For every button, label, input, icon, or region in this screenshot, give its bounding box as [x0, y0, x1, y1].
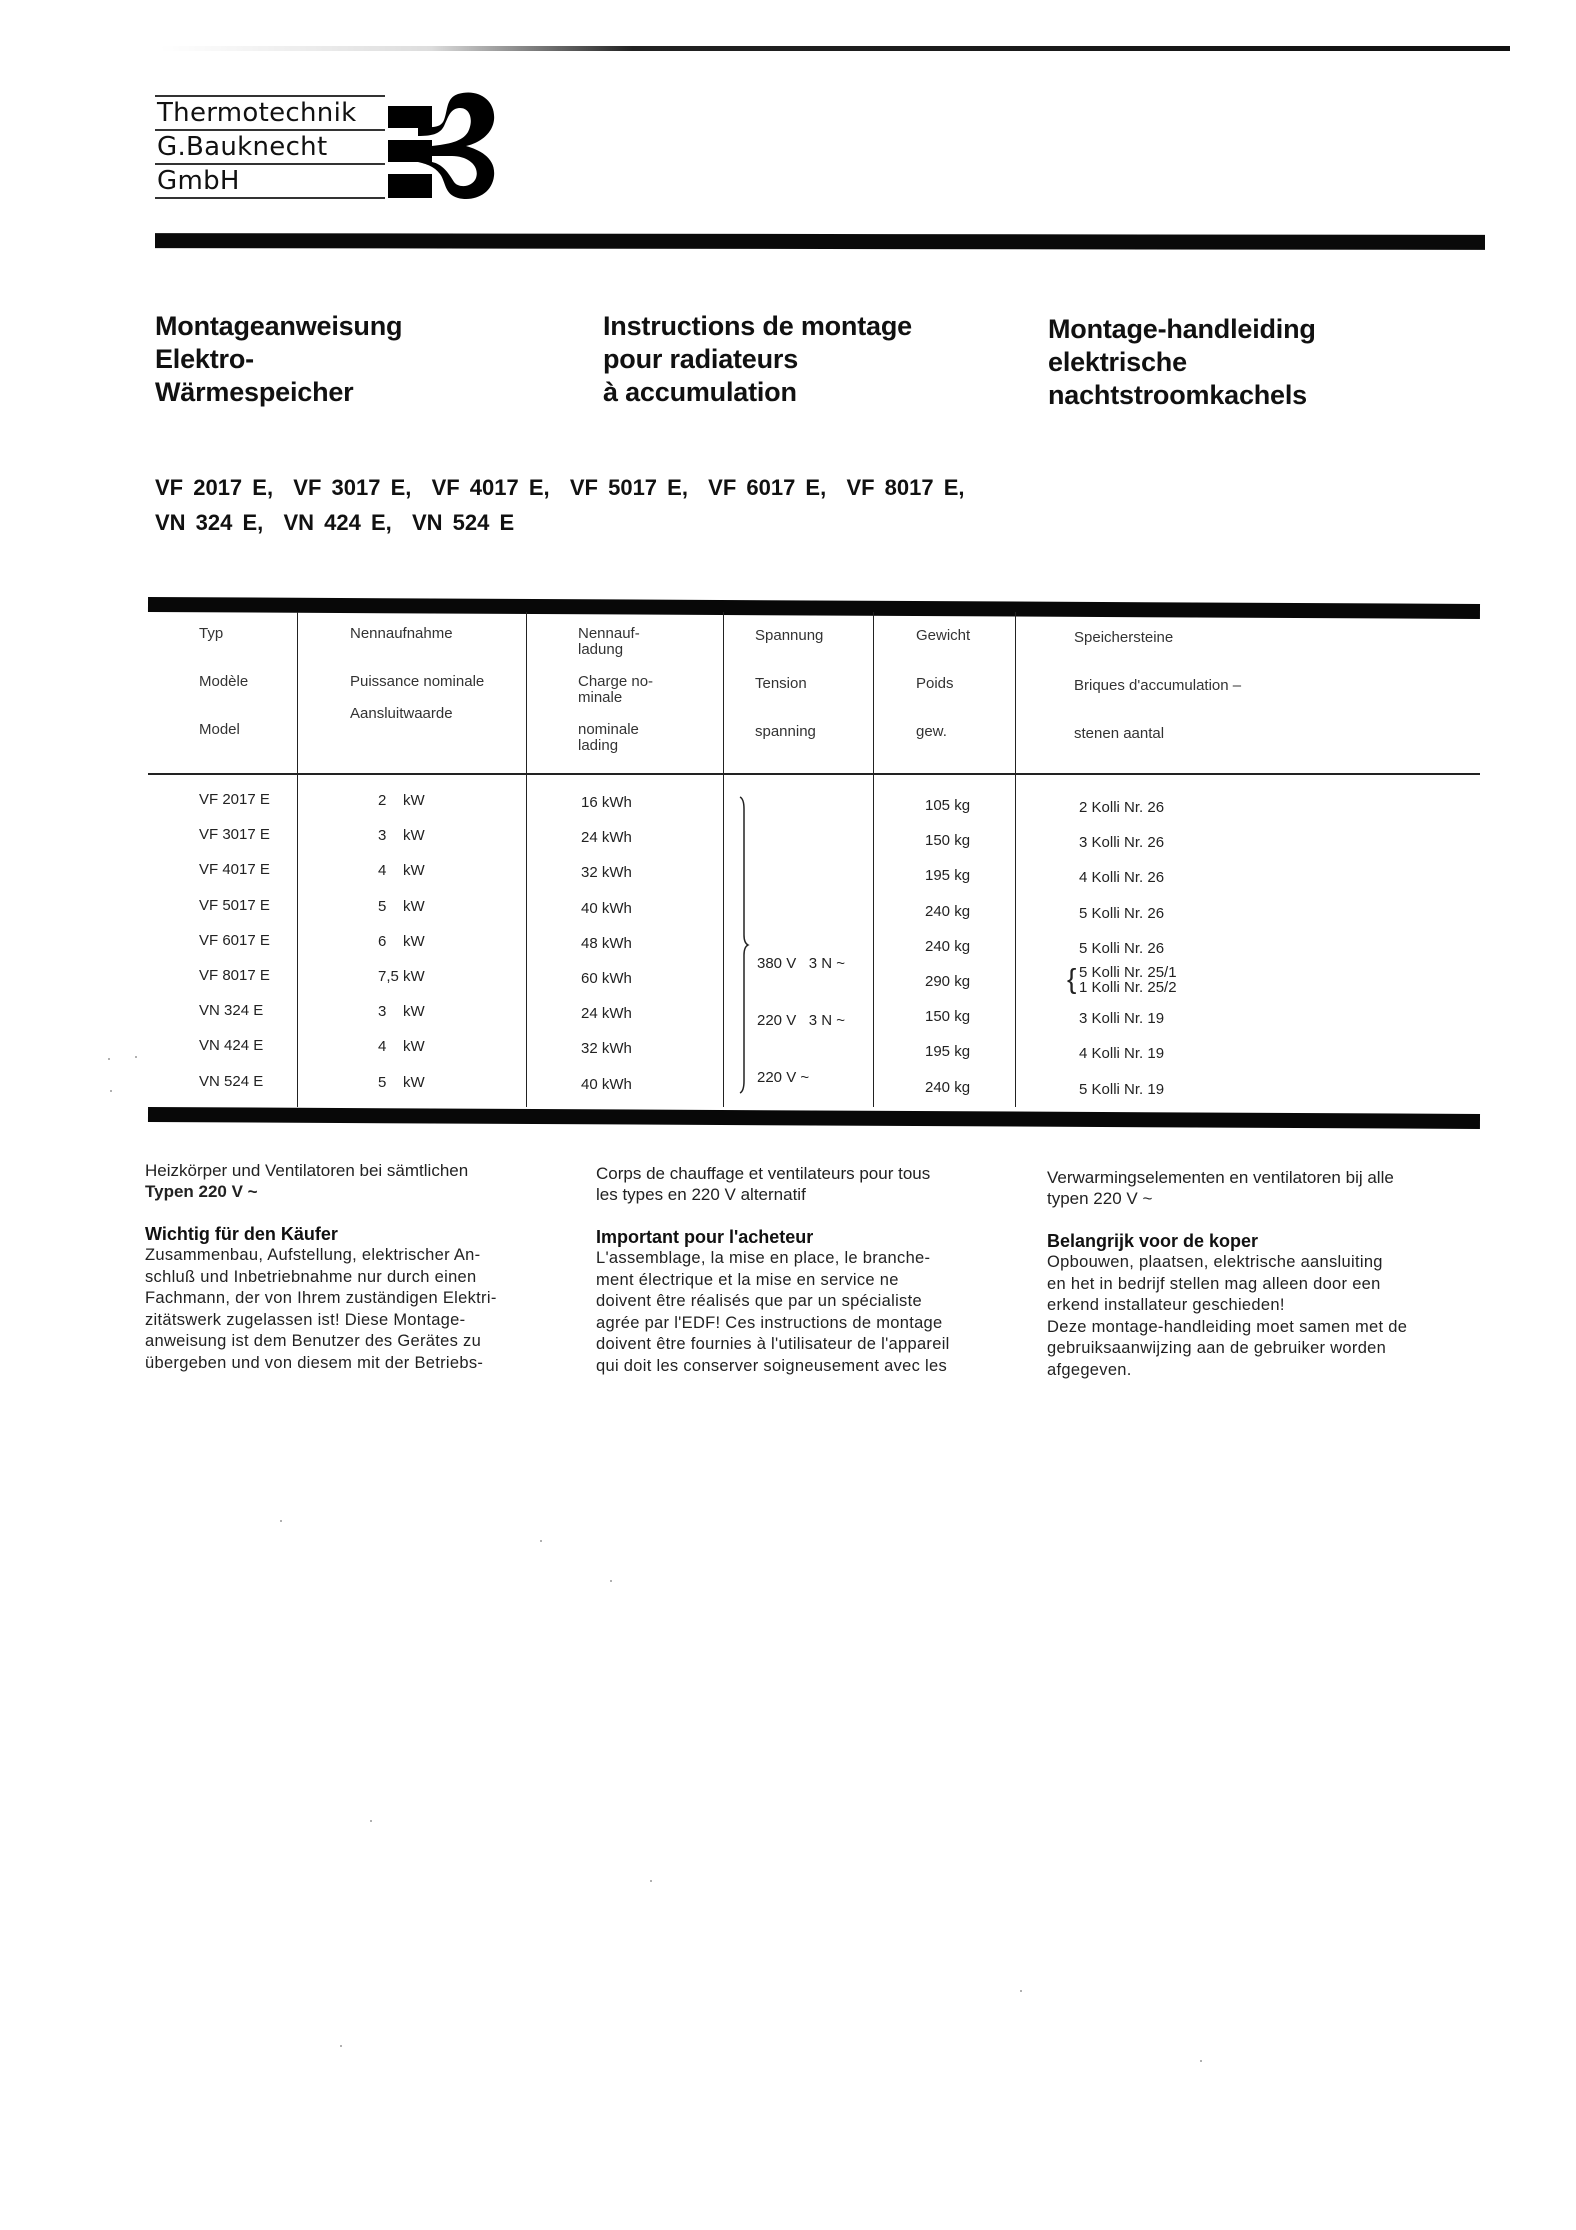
- company-logo-text: Thermotechnik G.Bauknecht GmbH: [155, 95, 385, 199]
- header-label: Modèle: [199, 674, 248, 690]
- note-line: les types en 220 V alternatif: [596, 1184, 1026, 1205]
- cell-type: VF 5017 E: [199, 897, 270, 915]
- header-label: Poids: [916, 676, 970, 692]
- section-body: Opbouwen, plaatsen, elektrische aansluit…: [1047, 1252, 1497, 1381]
- cell-power: 7,5 kW: [378, 968, 425, 986]
- cell-bricks: 3 Kolli Nr. 26: [1079, 834, 1164, 852]
- cell-type: VF 3017 E: [199, 826, 270, 844]
- cell-bricks: 5 Kolli Nr. 19: [1079, 1081, 1164, 1099]
- header-weight: Gewicht Poids gew.: [916, 628, 970, 740]
- body-line: doivent être fournies à l'utilisateur de…: [596, 1334, 1026, 1356]
- cell-bricks: 4 Kolli Nr. 26: [1079, 869, 1164, 887]
- cell-charge: 32 kWh: [581, 1040, 632, 1058]
- section-heading: Wichtig für den Käufer: [145, 1223, 565, 1245]
- note-line: Typen 220 V ~: [145, 1181, 565, 1202]
- cell-weight: 150 kg: [925, 832, 970, 850]
- header-label: Nennaufnahme: [350, 626, 500, 642]
- cell-weight: 105 kg: [925, 797, 970, 815]
- title-german: Montageanweisung Elektro- Wärmespeicher: [155, 310, 402, 409]
- notes-dutch: Verwarmingselementen en ventilatoren bij…: [1047, 1167, 1497, 1381]
- scan-speck: [340, 2045, 342, 2047]
- cell-charge: 48 kWh: [581, 935, 632, 953]
- notes-german: Heizkörper und Ventilatoren bei sämtlich…: [145, 1160, 565, 1374]
- table-top-rule: [148, 597, 1480, 619]
- cell-weight: 195 kg: [925, 867, 970, 885]
- header-type: Typ Modèle Model: [199, 626, 248, 738]
- note-line: Verwarmingselementen en ventilatoren bij…: [1047, 1167, 1497, 1188]
- body-line: übergeben und von diesem mit der Betrieb…: [145, 1353, 565, 1375]
- body-line: schluß und Inbetriebnahme nur durch eine…: [145, 1267, 565, 1289]
- cell-charge: 40 kWh: [581, 1076, 632, 1094]
- body-line: qui doit les conserver soigneusement ave…: [596, 1356, 1026, 1378]
- title-de-line: Montageanweisung: [155, 310, 402, 343]
- cell-power: 3 kW: [378, 827, 425, 845]
- logo-divider: [155, 197, 385, 199]
- voltage-values: 380 V 3 N ~ 220 V 3 N ~ 220 V ~: [757, 916, 845, 1106]
- body-line: zitätswerk zugelassen ist! Diese Montage…: [145, 1310, 565, 1332]
- cell-charge: 24 kWh: [581, 1005, 632, 1023]
- header-label: Gewicht: [916, 628, 970, 644]
- cell-type: VF 6017 E: [199, 932, 270, 950]
- bauknecht-b-logo-icon: [388, 90, 498, 202]
- logo-line-3: GmbH: [155, 165, 385, 197]
- header-label: Tension: [755, 676, 823, 692]
- section-heading: Important pour l'acheteur: [596, 1226, 1026, 1248]
- voltage-value: 220 V ~: [757, 1068, 845, 1087]
- header-label: stenen aantal: [1074, 726, 1241, 742]
- section-body: Zusammenbau, Aufstellung, elektrischer A…: [145, 1245, 565, 1374]
- body-line: en het in bedrijf stellen mag alleen doo…: [1047, 1274, 1497, 1296]
- body-line: erkend installateur geschieden!: [1047, 1295, 1497, 1317]
- logo-line-1: Thermotechnik: [155, 97, 385, 129]
- scan-speck: [650, 1880, 652, 1882]
- header-label: Charge no-minale: [578, 674, 673, 706]
- header-voltage: Spannung Tension spanning: [755, 628, 823, 740]
- cell-weight: 150 kg: [925, 1008, 970, 1026]
- scan-speck: [1200, 2060, 1202, 2062]
- body-line: anweisung ist dem Benutzer des Gerätes z…: [145, 1331, 565, 1353]
- cell-charge: 16 kWh: [581, 794, 632, 812]
- cell-power: 5 kW: [378, 1074, 425, 1092]
- model-list-line-2: VN 324 E, VN 424 E, VN 524 E: [155, 505, 965, 540]
- title-de-line: Wärmespeicher: [155, 376, 402, 409]
- body-line: gebruiksaanwijzing aan de gebruiker word…: [1047, 1338, 1497, 1360]
- scan-speck: [135, 1056, 137, 1058]
- header-label: Puissance nominale: [350, 674, 500, 690]
- cell-power: 5 kW: [378, 898, 425, 916]
- cell-type: VF 4017 E: [199, 861, 270, 879]
- body-line: agrée par l'EDF! Ces instructions de mon…: [596, 1313, 1026, 1335]
- scan-speck: [540, 1540, 542, 1542]
- cell-power: 2 kW: [378, 792, 425, 810]
- cell-power: 3 kW: [378, 1003, 425, 1021]
- header-label: spanning: [755, 724, 823, 740]
- scan-speck: [108, 1058, 110, 1060]
- top-scan-rule: [160, 46, 1510, 51]
- table-header-rule: [148, 773, 1480, 775]
- cell-bricks: 5 Kolli Nr. 25/1: [1079, 965, 1177, 980]
- cell-bricks: 5 Kolli Nr. 26: [1079, 905, 1164, 923]
- header-label: Briques d'accumulation –: [1074, 678, 1241, 694]
- title-nl-line: elektrische: [1048, 346, 1316, 379]
- title-dutch: Montage-handleiding elektrische nachtstr…: [1048, 313, 1316, 412]
- scan-speck: [280, 1520, 282, 1522]
- model-list-line-1: VF 2017 E, VF 3017 E, VF 4017 E, VF 5017…: [155, 470, 965, 505]
- cell-weight: 290 kg: [925, 973, 970, 991]
- body-line: ment électrique et la mise en service ne: [596, 1270, 1026, 1292]
- body-line: Opbouwen, plaatsen, elektrische aansluit…: [1047, 1252, 1497, 1274]
- body-line: doivent être réalisés que par un spécial…: [596, 1291, 1026, 1313]
- cell-charge: 24 kWh: [581, 829, 632, 847]
- cell-bricks: 4 Kolli Nr. 19: [1079, 1045, 1164, 1063]
- cell-weight: 240 kg: [925, 1079, 970, 1097]
- body-line: Zusammenbau, Aufstellung, elektrischer A…: [145, 1245, 565, 1267]
- table-column-divider: [1015, 612, 1016, 1107]
- cell-type: VN 324 E: [199, 1002, 263, 1020]
- table-column-divider: [873, 612, 874, 1107]
- cell-weight: 240 kg: [925, 903, 970, 921]
- cell-type: VF 8017 E: [199, 967, 270, 985]
- title-fr-line: pour radiateurs: [603, 343, 912, 376]
- cell-power: 6 kW: [378, 933, 425, 951]
- header-label: gew.: [916, 724, 970, 740]
- cell-weight: 195 kg: [925, 1043, 970, 1061]
- header-label: Spannung: [755, 628, 823, 644]
- header-label: nominale lading: [578, 722, 658, 754]
- table-column-divider: [526, 612, 527, 1107]
- header-divider: [155, 233, 1485, 250]
- table-column-divider: [297, 612, 298, 1107]
- body-line: Fachmann, der von Ihrem zuständigen Elek…: [145, 1288, 565, 1310]
- notes-french: Corps de chauffage et ventilateurs pour …: [596, 1163, 1026, 1377]
- cell-weight: 240 kg: [925, 938, 970, 956]
- cell-power: 4 kW: [378, 1038, 425, 1056]
- table-column-divider: [723, 612, 724, 1107]
- voltage-value: 220 V 3 N ~: [757, 1011, 845, 1030]
- note-line: Corps de chauffage et ventilateurs pour …: [596, 1163, 1026, 1184]
- cell-bricks: 2 Kolli Nr. 26: [1079, 799, 1164, 817]
- cell-bricks: 5 Kolli Nr. 26: [1079, 940, 1164, 958]
- header-charge: Nennauf-ladung Charge no-minale nominale…: [578, 626, 678, 754]
- cell-charge: 60 kWh: [581, 970, 632, 988]
- header-label: Speichersteine: [1074, 630, 1241, 646]
- header-label: Typ: [199, 626, 248, 642]
- title-french: Instructions de montage pour radiateurs …: [603, 310, 912, 409]
- body-line: L'assemblage, la mise en place, le branc…: [596, 1248, 1026, 1270]
- cell-charge: 32 kWh: [581, 864, 632, 882]
- cell-power: 4 kW: [378, 862, 425, 880]
- scan-speck: [610, 1580, 612, 1582]
- title-nl-line: nachtstroomkachels: [1048, 379, 1316, 412]
- title-fr-line: à accumulation: [603, 376, 912, 409]
- scan-speck: [370, 1820, 372, 1822]
- header-label: Model: [199, 722, 248, 738]
- cell-type: VF 2017 E: [199, 791, 270, 809]
- section-body: L'assemblage, la mise en place, le branc…: [596, 1248, 1026, 1377]
- section-heading: Belangrijk voor de koper: [1047, 1230, 1497, 1252]
- cell-charge: 40 kWh: [581, 900, 632, 918]
- voltage-brace-icon: [738, 795, 750, 1095]
- note-line: typen 220 V ~: [1047, 1188, 1497, 1209]
- header-power: Nennaufnahme Puissance nominale Aansluit…: [350, 626, 500, 722]
- voltage-value: 380 V 3 N ~: [757, 954, 845, 973]
- cell-bricks: 1 Kolli Nr. 25/2: [1079, 980, 1177, 995]
- cell-type: VN 524 E: [199, 1073, 263, 1091]
- brace-icon: {: [1067, 963, 1076, 995]
- body-line: Deze montage-handleiding moet samen met …: [1047, 1317, 1497, 1339]
- header-label: Nennauf-ladung: [578, 626, 678, 658]
- scan-speck: [1020, 1990, 1022, 1992]
- model-list: VF 2017 E, VF 3017 E, VF 4017 E, VF 5017…: [155, 470, 965, 540]
- scan-speck: [110, 1090, 112, 1092]
- table-bottom-rule: [148, 1107, 1480, 1129]
- title-nl-line: Montage-handleiding: [1048, 313, 1316, 346]
- logo-line-2: G.Bauknecht: [155, 131, 385, 163]
- cell-type: VN 424 E: [199, 1037, 263, 1055]
- cell-bricks: 3 Kolli Nr. 19: [1079, 1010, 1164, 1028]
- note-line: Heizkörper und Ventilatoren bei sämtlich…: [145, 1160, 565, 1181]
- body-line: afgegeven.: [1047, 1360, 1497, 1382]
- title-de-line: Elektro-: [155, 343, 402, 376]
- title-fr-line: Instructions de montage: [603, 310, 912, 343]
- header-label: Aansluitwaarde: [350, 706, 500, 722]
- header-bricks: Speichersteine Briques d'accumulation – …: [1074, 630, 1241, 742]
